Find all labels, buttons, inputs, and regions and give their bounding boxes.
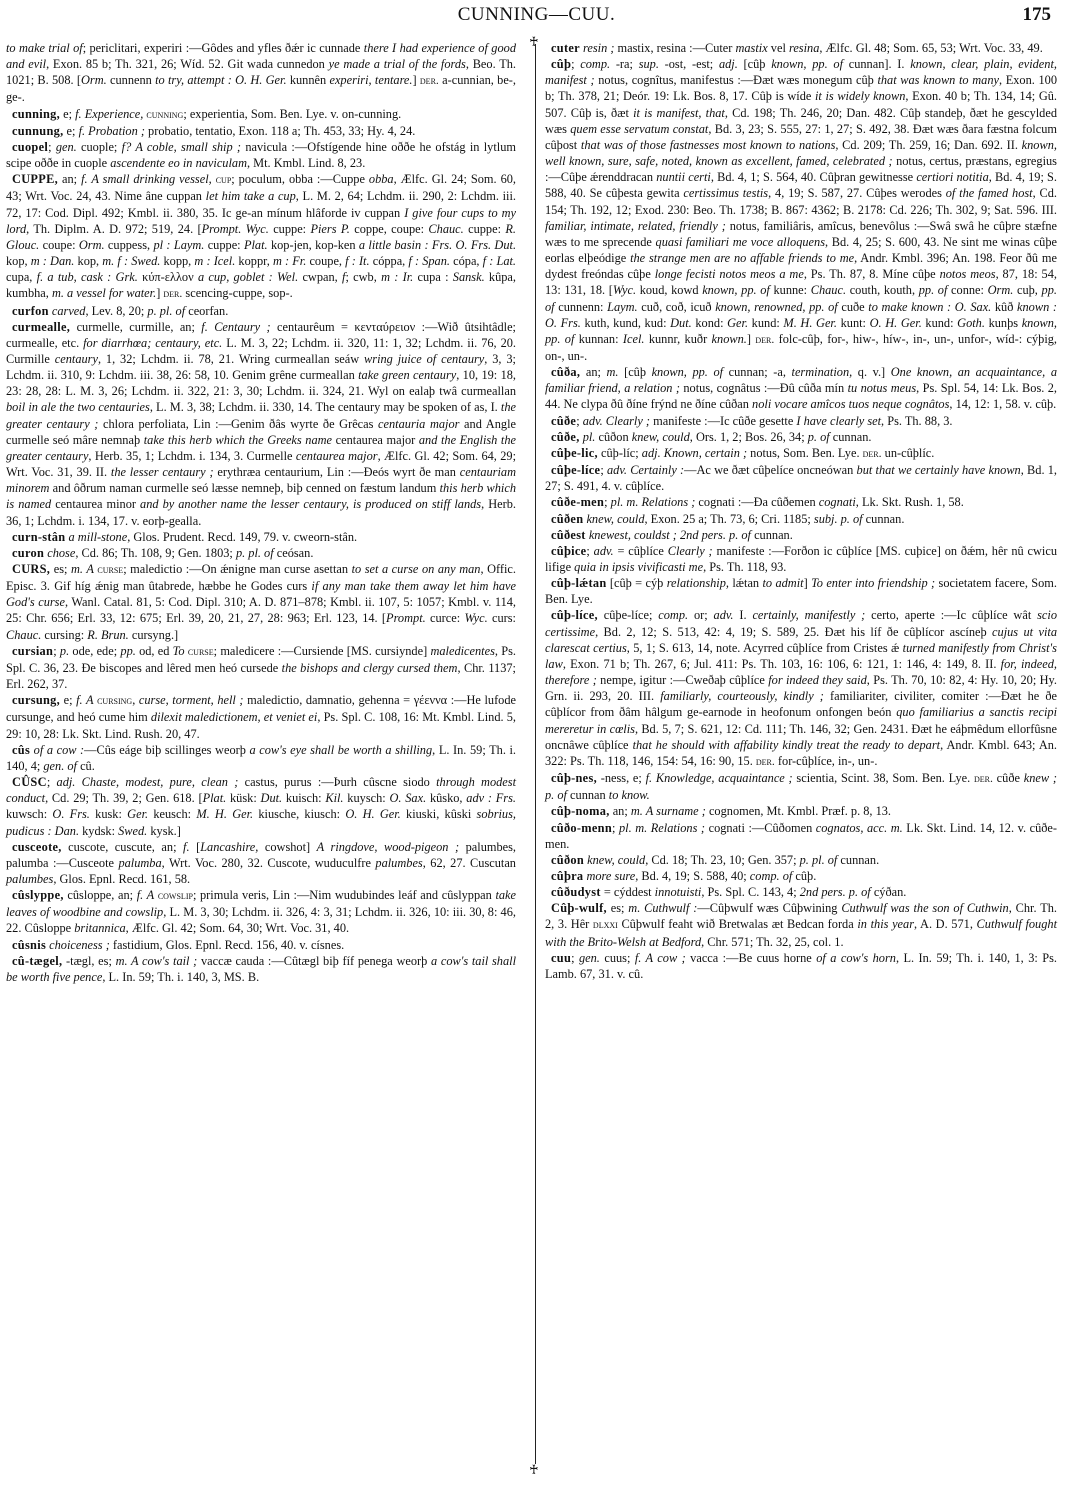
italic-text: gen. of (43, 759, 77, 773)
italic-text: gen. (579, 951, 600, 965)
entry-text: vaccæ cauda :—Cûtægl biþ fíf penega weor… (197, 954, 431, 968)
italic-text: ascendente eo in naviculam (110, 156, 247, 170)
italic-text: resin ; (583, 41, 614, 55)
italic-text: centauria major (378, 417, 459, 431)
entry-text: an; (610, 804, 631, 818)
small-caps-text: der. (756, 755, 775, 768)
italic-text: to know. (609, 788, 650, 802)
running-head-title: CUNNING—CUU. (0, 4, 1073, 26)
entry-text: cunnenn: (555, 300, 608, 314)
entry-text: mastix, resina :—Cuter (614, 41, 735, 55)
entry-text: coupe: (39, 238, 79, 252)
headword: Cûþ-wulf, (551, 901, 607, 915)
italic-text: adj. Chaste, modest, pure, clean ; (57, 775, 239, 789)
italic-text: m : Dan. (31, 254, 75, 268)
italic-text: dilexit maledictionem, et veniet ei (151, 710, 317, 724)
headword: cûþ-lǽtan (551, 576, 607, 590)
entry-text: ; maledictio :—On ǽnigne man curse asett… (123, 562, 351, 576)
entry-text: ceorfan. (185, 304, 228, 318)
entry-text: chlora perfoliata, Lin :—Genim ðâs wyrte… (98, 417, 378, 431)
dictionary-entry-cunning: cunning, e; f. Experience, cunning; expe… (6, 106, 516, 123)
italic-text: m : Fr. (273, 254, 306, 268)
entry-text: kuisch: (282, 791, 325, 805)
italic-text: O. H. Ger. (345, 807, 400, 821)
italic-text: Prompt. Wyc. (202, 222, 269, 236)
italic-text: familiar, intimate, related, friendly ; (545, 219, 726, 233)
dictionary-entry-cont: to make trial of; periclitari, experiri … (6, 40, 516, 106)
italic-text: p. pl. of (236, 546, 274, 560)
italic-text: curse, torment, hell ; (139, 693, 244, 707)
entry-text: , Glos. Epnl. Recd. 161, 58. (53, 872, 190, 886)
italic-text: Chauc. (811, 283, 846, 297)
entry-text: kunne: (770, 283, 811, 297)
entry-text: kûsko, (426, 791, 466, 805)
entry-text: coppe, coupe: (350, 222, 429, 236)
entry-text: notus, Som. Ben. Lye. (747, 446, 863, 460)
entry-text: , 62, 27. Cuscutan (423, 856, 516, 870)
italic-text: of the famed host (946, 186, 1033, 200)
italic-text: of a cow's horn (816, 951, 896, 965)
italic-text: that he should with affability kindly tr… (633, 738, 940, 752)
italic-text: Piers P. (310, 222, 349, 236)
entry-text: ; (571, 57, 580, 71)
italic-text: M. H. Ger. (783, 316, 837, 330)
italic-text: the bishops and clergy cursed them (282, 661, 458, 675)
italic-text: p. of (808, 430, 830, 444)
dictionary-entry-cursung: cursung, e; f. A cursing, curse, torment… (6, 692, 516, 741)
entry-text: , Herb. 35, 1; Lchdm. i. 134, 3. Curmell… (88, 449, 295, 463)
dictionary-entry-cuthice: cûþice; adv. = cûþlíce Clearly ; manifes… (545, 543, 1057, 575)
italic-text: pl. m. Relations ; (619, 821, 705, 835)
italic-text: wring juice of centaury (364, 352, 484, 366)
headword: CUPPE, (12, 172, 58, 186)
italic-text: Wyc. (613, 283, 636, 297)
italic-text: O. H. Ger. (870, 316, 922, 330)
entry-text: cunnan; -a, (723, 365, 791, 379)
headword: cursung, (12, 693, 60, 707)
italic-text: Ger. (127, 807, 148, 821)
headword: curfon (12, 304, 49, 318)
headword: cûslyppe, (12, 888, 64, 902)
entry-text: q. v.] (852, 365, 891, 379)
italic-text: f : Lat. (483, 254, 516, 268)
dictionary-entry-cuthen: cûðen knew, could, Exon. 25 a; Th. 73, 6… (545, 511, 1057, 527)
italic-text: gen. (56, 140, 77, 154)
italic-text: knewest, couldst ; 2nd pers. p. of (589, 528, 751, 542)
italic-text: longe fecisti notos meos a me (655, 267, 804, 281)
headword: cûðo-menn (551, 821, 612, 835)
entry-text: cwpan, (298, 270, 342, 284)
italic-text: for indeed they said (768, 673, 867, 687)
entry-text: , Ps. Th. 118, 93. (703, 560, 786, 574)
entry-text: , A. D. 571, (914, 917, 977, 931)
italic-text: m : Icel. (194, 254, 235, 268)
column-divider (535, 44, 536, 1464)
entry-text: lǽtan (729, 576, 762, 590)
entry-text: or; (688, 608, 713, 622)
italic-text: adv. Clearly ; (583, 414, 650, 428)
entry-text: , Cd. 86; Th. 108, 9; Gen. 1803; (75, 546, 236, 560)
dictionary-entry-cutho-menn: cûðo-menn; pl. m. Relations ; cognati :—… (545, 820, 1057, 852)
italic-text: more sure (586, 869, 635, 883)
entry-text: ; cwb, (345, 270, 381, 284)
italic-text: to make known : O. Sax. (868, 300, 991, 314)
headword: cûðudyst (551, 885, 601, 899)
entry-text: cuppe: (464, 222, 506, 236)
small-caps-text: der. (974, 772, 993, 785)
entry-text: kund: (922, 316, 957, 330)
italic-text: m : Ir. (381, 270, 413, 284)
italic-text: obba (369, 172, 394, 186)
italic-text: centaurea major (296, 449, 378, 463)
italic-text: certiori notitia (916, 170, 988, 184)
entry-text: probatio, tentatio, Exon. 118 a; Th. 453… (145, 124, 415, 138)
italic-text: comp. (658, 608, 688, 622)
entry-text: [cûþ (738, 57, 771, 71)
italic-text: 2nd pers. p. of (800, 885, 871, 899)
italic-text: R. Brun. (87, 628, 129, 642)
small-caps-text: der. (755, 333, 774, 346)
entry-text: kunt: (837, 316, 870, 330)
entry-text: = cýddest (601, 885, 655, 899)
small-caps-text: cursing (97, 694, 132, 707)
dictionary-entry-cuthe-adv: cûðe; adv. Clearly ; manifeste :—Ic cûðe… (545, 413, 1057, 429)
entry-text: kunnan: (574, 332, 622, 346)
italic-text: take this herb which the Greeks name (144, 433, 332, 447)
italic-text: the lesser centaury ; (111, 465, 214, 479)
italic-text: Wyc. (464, 611, 487, 625)
italic-text: a mill-stone (69, 530, 128, 544)
italic-text: adv. (714, 608, 734, 622)
dictionary-entry-cuu: cuu; gen. cuus; f. A cow ; vacca :—Be cu… (545, 950, 1057, 982)
italic-text: known, pp. of (771, 57, 843, 71)
entry-text: , L. In. 59; Th. i. 140, 3, MS. B. (102, 970, 259, 984)
italic-text: p. pl. of (800, 853, 838, 867)
headword: curmealle, (12, 320, 70, 334)
dictionary-entry-curn-stan: curn-stân a mill-stone, Glos. Prudent. R… (6, 529, 516, 545)
dagger-ornament-icon: ♰ (529, 34, 539, 50)
italic-text: O. Sax. (389, 791, 426, 805)
dictionary-entry-cuthudyst: cûðudyst = cýddest innotuisti, Ps. Spl. … (545, 884, 1057, 900)
entry-text: , Th. Diplm. A. D. 972; 519, 24. [ (26, 222, 202, 236)
entry-text: , Ps. Spl. C. 143, 4; (701, 885, 799, 899)
entry-text: -ost, -est; (659, 57, 719, 71)
entry-text: couth, kouth, (846, 283, 919, 297)
entry-text: cópa, (450, 254, 483, 268)
entry-text: ceósan. (274, 546, 314, 560)
entry-text: —Cûþwulf wæs Cûþwining (697, 901, 841, 915)
headword: CURS, (12, 562, 50, 576)
entry-text: kop, (74, 254, 102, 268)
italic-text: f : Span. (408, 254, 450, 268)
entry-text: erythræa centaurium, Lin :—Ðeós wyrt ðe … (214, 465, 460, 479)
italic-text: m. (607, 365, 619, 379)
dictionary-entry-cus: cûs of a cow :—Cûs eáge biþ scillinges w… (6, 742, 516, 774)
headword: cûðen (551, 512, 583, 526)
entry-text: cûðe (993, 771, 1024, 785)
italic-text: Chauc. (6, 628, 41, 642)
dictionary-entry-cuslyppe: cûslyppe, cûsloppe, an; f. A cowslip; pr… (6, 887, 516, 936)
italic-text: Cuthwulf was the son of Cuthwin (841, 901, 1008, 915)
entry-text: ; (53, 644, 60, 658)
italic-text: tu notus meus (848, 381, 917, 395)
entry-text: , Glos. Prudent. Recd. 149, 79. v. cweor… (127, 530, 357, 544)
small-caps-text: der. (163, 287, 182, 300)
entry-text: koud, kowd (636, 283, 702, 297)
italic-text: O. Frs. (52, 807, 90, 821)
entry-text: [cûþ = cýþ (607, 576, 667, 590)
entry-text: kunnên (287, 73, 330, 87)
italic-text: f : It. (345, 254, 369, 268)
dictionary-entry-cuthon: cûðon knew, could, Cd. 18; Th. 23, 10; G… (545, 852, 1057, 868)
entry-text: od, ed (136, 644, 173, 658)
entry-text: cû. (77, 759, 95, 773)
entry-text: cunnan (567, 788, 609, 802)
entry-text: ; (48, 140, 56, 154)
dictionary-entry-curon: curon chose, Cd. 86; Th. 108, 9; Gen. 18… (6, 545, 516, 561)
italic-text: Plat. (203, 791, 227, 805)
entry-text: ; periclitari, experiri :—Gôdes and yfle… (83, 41, 364, 55)
entry-text: , Ps. Th. 88, 3. (881, 414, 952, 428)
entry-text: cûðon (595, 430, 631, 444)
italic-text: pl : Laym. (153, 238, 204, 252)
dictionary-entry-cuthe-lic: cûþe-lic, cûþ-líc; adj. Known, certain ;… (545, 445, 1057, 462)
entry-text: cunnan. (751, 528, 793, 542)
italic-text: pl. m. Relations ; (611, 495, 696, 509)
italic-text: to make trial of (6, 41, 83, 55)
dictionary-entry-cuppe: CUPPE, an; f. A small drinking vessel, c… (6, 171, 516, 302)
entry-text: kopp, (160, 254, 194, 268)
italic-text: Lancashire, (200, 840, 258, 854)
entry-text: , Chr. 571; Th. 32, 25, col. 1. (701, 935, 843, 949)
entry-text: es; (50, 562, 71, 576)
italic-text: knew, could (587, 853, 645, 867)
dictionary-entry-curs: CURS, es; m. A curse; maledictio :—On ǽn… (6, 561, 516, 643)
entry-text: cûþe-líce; (598, 608, 658, 622)
headword: cûþ-noma, (551, 804, 610, 818)
entry-text: vacca :—Be cuus horne (686, 951, 816, 965)
entry-text: cûþ-líc; (598, 446, 642, 460)
entry-text: kond: (692, 316, 727, 330)
small-caps-text: curse (188, 645, 214, 658)
entry-text: , Exon. 85 b; Th. 321, 26; Wíd. 52. Git … (46, 57, 329, 71)
headword: cûðon (551, 853, 584, 867)
headword: curn-stân (12, 530, 65, 544)
italic-text: p. pl. of (147, 304, 185, 318)
entry-text: ] (804, 576, 811, 590)
headword: cursian (12, 644, 53, 658)
left-column: to make trial of; periclitari, experiri … (6, 40, 516, 985)
italic-text: f. Experience, (75, 107, 143, 121)
entry-text: cunnan. (837, 853, 879, 867)
italic-text: f. Centaury ; (201, 320, 270, 334)
entry-text: conne: (947, 283, 987, 297)
entry-text: and ôðrum naman curmelle seó læsse nemne… (49, 481, 439, 495)
entry-text: , Wrt. Voc. 280, 32. Cuscote, wuduculfre (162, 856, 376, 870)
headword: cunning, (12, 107, 60, 121)
italic-text: f. A (137, 888, 154, 902)
headword: curon (12, 546, 44, 560)
entry-text: , Lev. 8, 20; (85, 304, 147, 318)
italic-text: knew, could (632, 430, 690, 444)
entry-text: kiuski, kûski (401, 807, 477, 821)
dictionary-entry-cunnung: cunnung, e; f. Probation ; probatio, ten… (6, 123, 516, 139)
entry-text: es; (607, 901, 628, 915)
entry-text: —Cûs eáge biþ scillinges weorþ (84, 743, 249, 757)
dictionary-entry-cuthest: cûðest knewest, couldst ; 2nd pers. p. o… (545, 527, 1057, 543)
entry-text: e; (60, 693, 76, 707)
entry-text: ; (600, 463, 607, 477)
italic-text: maledicentes (430, 644, 494, 658)
entry-text: for-cûþlíce, in-, un-. (775, 754, 878, 768)
italic-text: chose (47, 546, 75, 560)
entry-text: kûð (991, 300, 1017, 314)
italic-text: I have clearly set (796, 414, 881, 428)
entry-text: curs: (488, 611, 516, 625)
italic-text: f. a tub, cask : Grk. (37, 270, 138, 284)
entry-text: cognomen, Mt. Kmbl. Præf. p. 8, 13. (706, 804, 891, 818)
entry-text: kydsk: (79, 824, 118, 838)
entry-text: cuppess, (105, 238, 154, 252)
entry-text: fastidium, Glos. Epnl. Recd. 156, 40. v.… (110, 938, 344, 952)
entry-text: , Cd. 29; Th. 39, 2; Gen. 618. [ (45, 791, 202, 805)
italic-text: of a cow : (34, 743, 85, 757)
entry-text: = cûþlíce (614, 544, 668, 558)
headword: cûþe-líce (551, 463, 600, 477)
entry-text: kusk: (90, 807, 127, 821)
dictionary-entry-cuter: cuter resin ; mastix, resina :—Cuter mas… (545, 40, 1057, 56)
entry-text: , Cd. 18; Th. 23, 10; Gen. 357; (645, 853, 799, 867)
entry-text: kiusche, kiusch: (253, 807, 345, 821)
headword: cuu (551, 951, 571, 965)
italic-text: Plat. (244, 238, 268, 252)
italic-text: pl. (583, 430, 596, 444)
italic-text: notos meos (940, 267, 996, 281)
small-caps-text: cunning (146, 108, 183, 121)
dagger-ornament-icon: ♰ (529, 1462, 539, 1478)
page-header: CUNNING—CUU. 175 (0, 4, 1073, 34)
italic-text: Prompt. (386, 611, 426, 625)
italic-text: A ringdove, wood-pigeon ; (317, 840, 459, 854)
italic-text: to admit (762, 576, 803, 590)
italic-text: a cow's eye shall be worth a shilling (249, 743, 432, 757)
entry-text: ; poculum, obba :—Cuppe (231, 172, 369, 186)
italic-text: adv. (594, 544, 614, 558)
entry-text: keusch: (148, 807, 196, 821)
dictionary-entry-curfon: curfon carved, Lev. 8, 20; p. pl. of ceo… (6, 303, 516, 319)
entry-text: koppr, (235, 254, 273, 268)
italic-text: Orm. (79, 238, 105, 252)
dictionary-entry-cuth-noma: cûþ-noma, an; m. A surname ; cognomen, M… (545, 803, 1057, 819)
dictionary-entry-cuthra: cûþra more sure, Bd. 4, 19; S. 588, 40; … (545, 868, 1057, 884)
entry-text: curce: (426, 611, 465, 625)
italic-text: quia in ipsis vivificasti me (574, 560, 703, 574)
italic-text: it is widely known (815, 89, 905, 103)
italic-text: pp. (120, 644, 135, 658)
entry-text: notus, cognâtus :—Ðû cûða mín (680, 381, 848, 395)
entry-text: kuwsch: (6, 807, 52, 821)
entry-text: , Ps. Th. 87, 8. Míne cûþe (804, 267, 940, 281)
dictionary-entry-cusc: CÛSC; adj. Chaste, modest, pure, clean ;… (6, 774, 516, 839)
italic-text: adv : Frs. (466, 791, 516, 805)
dictionary-entry-cusceote: cusceote, cuscote, cuscute, an; f. [Lanc… (6, 839, 516, 887)
dictionary-entry-cusnis: cûsnis choiceness ; fastidium, Glos. Epn… (6, 937, 516, 953)
italic-text: known, pp. of (702, 283, 770, 297)
italic-text: certainly, manifestly ; (752, 608, 865, 622)
italic-text: m. A cow's tail ; (116, 954, 198, 968)
entry-text: -ra; (610, 57, 639, 71)
italic-text: known, pp. of (652, 365, 723, 379)
entry-text: ; experientia, Som. Ben. Lye. v. on-cunn… (183, 107, 401, 121)
italic-text: f. A small drinking vessel, (81, 172, 212, 186)
italic-text: Ger. (727, 316, 748, 330)
italic-text: comp. of (750, 869, 793, 883)
headword: cûþ (551, 57, 571, 71)
entry-text: ; (571, 951, 579, 965)
headword: cunnung, (12, 124, 63, 138)
headword: cûðe (551, 414, 576, 428)
entry-text: , Exon. 25 a; Th. 73, 6; Cri. 1185; (645, 512, 814, 526)
dictionary-entry-cuth-nes: cûþ-nes, -ness, e; f. Knowledge, acquain… (545, 770, 1057, 803)
italic-text: certissimus testis (683, 186, 768, 200)
entry-text: , Bd. 2, 12; S. 513, 42: 4, 19; S. 589, … (595, 625, 992, 639)
entry-text: ; (47, 775, 57, 789)
italic-text: resina (789, 41, 819, 55)
headword: cuopel (12, 140, 48, 154)
entry-text: coupe, (306, 254, 345, 268)
italic-text: britannica (74, 921, 125, 935)
entry-text: cupa : (413, 270, 453, 284)
entry-text: cuppe: (269, 222, 311, 236)
italic-text: Dut. (261, 791, 283, 805)
dictionary-entry-cuth-lice: cûþ-líce, cûþe-líce; comp. or; adv. I. c… (545, 607, 1057, 770)
entry-text: an; (580, 365, 606, 379)
entry-text: ode, ede; (69, 644, 120, 658)
entry-text: an; (58, 172, 81, 186)
italic-text: Dut. (670, 316, 692, 330)
entry-text: , (132, 693, 139, 707)
headword: cusceote, (12, 840, 62, 854)
entry-text: ; (612, 821, 619, 835)
entry-text: centaurea minor (51, 497, 140, 511)
entry-text: cýðan. (871, 885, 907, 899)
dictionary-entry-cuth-laetan: cûþ-lǽtan [cûþ = cýþ relationship, lǽtan… (545, 575, 1057, 607)
entry-text: -ness, e; (597, 771, 646, 785)
headword: cû-tægel, (12, 954, 62, 968)
italic-text: cognati (819, 495, 856, 509)
headword: cûs (12, 743, 30, 757)
entry-text: cuppe: (204, 238, 244, 252)
right-column: cuter resin ; mastix, resina :—Cuter mas… (545, 40, 1057, 982)
italic-text: let him take a cup (206, 189, 296, 203)
entry-text: -tægl, es; (62, 954, 115, 968)
entry-text: , Bd. 4, 19; S. 588, 40; (635, 869, 750, 883)
italic-text: Laym. (607, 300, 638, 314)
entry-text: cunnan. (830, 430, 872, 444)
italic-text: experiri, tentare. (329, 73, 412, 87)
small-caps-text: cowslip (158, 889, 193, 902)
italic-text: choiceness ; (49, 938, 110, 952)
dictionary-entry-cuthe-pl: cûðe, pl. cûðon knew, could, Ors. 1, 2; … (545, 429, 1057, 445)
entry-text: , 1, 32; Lchdm. ii. 78, 21. Wring curmea… (98, 352, 364, 366)
italic-text: f. A (76, 693, 93, 707)
entry-text: ; (586, 544, 593, 558)
italic-text: comp. (580, 57, 610, 71)
italic-text: Swed. (118, 824, 147, 838)
italic-text: take green centaury (358, 368, 456, 382)
italic-text: m. a vessel for water. (52, 286, 156, 300)
dictionary-entry-cuth-wulf: Cûþ-wulf, es; m. Cuthwulf :—Cûþwulf wæs … (545, 900, 1057, 949)
